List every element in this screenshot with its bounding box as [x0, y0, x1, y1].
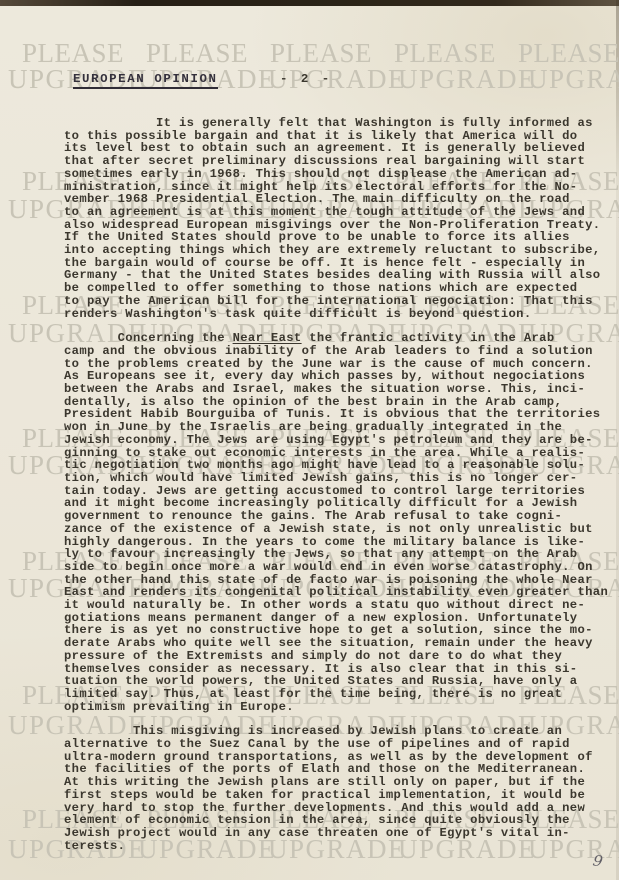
text-line: that after secret preliminary discussion… — [64, 155, 619, 168]
text-line: terests. — [64, 840, 619, 853]
text-line: zance of the existence of a Jewish state… — [64, 523, 619, 536]
text-line: into accepting things which they are ext… — [64, 244, 619, 257]
document-title: EUROPEAN OPINION — [73, 72, 218, 89]
text-line: ly to favour increasingly the Jews, so t… — [64, 548, 619, 561]
text-line: to an agreement is at this moment the to… — [64, 206, 619, 219]
text-line: optimism prevailing in Europe. — [64, 701, 619, 714]
paragraph: It is generally felt that Washington is … — [64, 117, 619, 320]
handwritten-page-mark: 9 — [592, 851, 605, 870]
watermark-text: PLEASE — [518, 40, 619, 67]
page-number: - 2 - — [280, 72, 332, 86]
text-line: At this writing the Jewish plans are sti… — [64, 776, 619, 789]
text-line: be compelled to offer something to those… — [64, 282, 619, 295]
text-line: Jewish project would in any case threate… — [64, 827, 619, 840]
paragraph: This misgiving is increased by Jewish pl… — [64, 725, 619, 852]
text-line: derate Arabs who quite well see the situ… — [64, 637, 619, 650]
text-line: won in June by the Israelis are being gr… — [64, 421, 619, 434]
text-line: it would naturally be. In other words a … — [64, 599, 619, 612]
watermark-text: PLEASE — [22, 40, 124, 67]
text-line: government to renounce the gains. The Ar… — [64, 510, 619, 523]
text-line: It is generally felt that Washington is … — [64, 117, 619, 130]
text-line: alternative to the Suez Canal by the use… — [64, 738, 619, 751]
document-header: EUROPEAN OPINION - 2 - — [73, 69, 619, 89]
paragraph: Concerning the Near East the frantic act… — [64, 332, 619, 713]
text-line: first steps would be taken for practical… — [64, 789, 619, 802]
text-line: to pay the American bill for the interna… — [64, 295, 619, 308]
text-line: limited say. Thus, at least for the time… — [64, 688, 619, 701]
text-line: Jewish economy. The Jews are using Egypt… — [64, 434, 619, 447]
text-line: between the Arabs and Israel, makes the … — [64, 383, 619, 396]
watermark-text: PLEASE — [146, 40, 248, 67]
document-body: It is generally felt that Washington is … — [64, 117, 619, 864]
watermark-text: PLEASE — [394, 40, 496, 67]
text-line: sometimes early in 1968. This should not… — [64, 168, 619, 181]
scan-top-edge — [0, 0, 619, 6]
text-line: pressure of the Extremists and simply do… — [64, 650, 619, 663]
text-line: camp and the obvious inability of the Ar… — [64, 345, 619, 358]
watermark-text: PLEASE — [270, 40, 372, 67]
text-line: tion, which would have limited Jewish ga… — [64, 472, 619, 485]
text-line: side to begin once more a war would end … — [64, 561, 619, 574]
scanned-document-page: PLEASEPLEASEPLEASEPLEASEPLEASEUPGRADEUPG… — [0, 0, 619, 880]
text-line: renders Washington's task quite difficul… — [64, 308, 619, 321]
